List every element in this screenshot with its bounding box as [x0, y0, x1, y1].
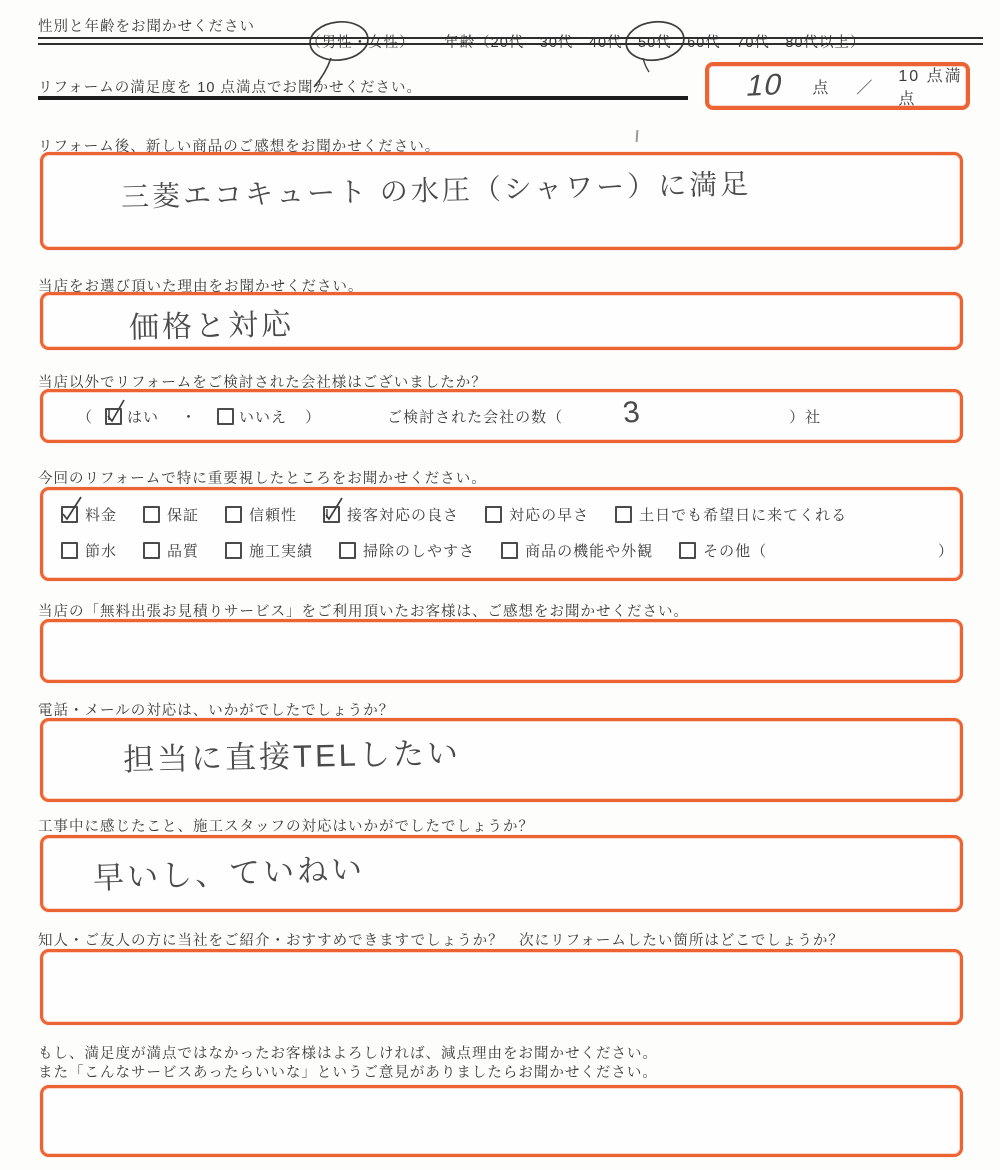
paren-open: （: [77, 406, 93, 427]
paren-close: ）: [305, 406, 321, 427]
scan-artifact: [636, 130, 639, 142]
priority-item[interactable]: 保証: [143, 504, 199, 525]
priority-item[interactable]: 接客対応の良さ: [323, 504, 459, 525]
referral-answer-box[interactable]: [40, 949, 963, 1025]
handwritten-answer: 担当に直接TELしたい: [123, 727, 462, 779]
handwritten-answer: 価格と対応: [129, 299, 295, 346]
checkbox-yes[interactable]: [105, 408, 122, 425]
priority-item[interactable]: 土日でも希望日に来てくれる: [615, 504, 847, 525]
count-label: ご検討された会社の数（: [387, 406, 563, 427]
dot-sep: ・: [181, 406, 197, 427]
checkbox-trust[interactable]: [225, 506, 242, 523]
checkbox-features[interactable]: [501, 542, 518, 559]
referral-question: 知人・ご友人の方に当社をご紹介・おすすめできますでしょうか？ 次にリフォームした…: [38, 929, 844, 950]
priority-item[interactable]: 節水: [61, 540, 117, 561]
checkbox-quality[interactable]: [143, 542, 160, 559]
checkbox-water-saving[interactable]: [61, 542, 78, 559]
feedback-question-line1: もし、満足度が満点ではなかったお客様はよろしければ、減点理由をお聞かせください。: [38, 1042, 658, 1063]
priority-item[interactable]: 掃除のしやすさ: [339, 540, 475, 561]
construction-question: 工事中に感じたこと、施工スタッフの対応はいかがでしたでしょうか？: [38, 815, 534, 836]
feedback-answer-box[interactable]: [40, 1085, 963, 1157]
header-divider: [38, 37, 983, 45]
checkbox-track-record[interactable]: [225, 542, 242, 559]
count-close: ）社: [789, 406, 821, 427]
checkbox-easy-cleaning[interactable]: [339, 542, 356, 559]
check-icon: [321, 494, 347, 524]
handwritten-answer: 早いし、ていねい: [92, 843, 365, 897]
satisfaction-underline: [38, 96, 688, 100]
handwritten-answer: 三菱エコキュート の水圧（シャワー）に満足: [121, 162, 752, 215]
score-box[interactable]: 10 点 ／ 10 点満点: [705, 62, 970, 110]
competitors-answer-box[interactable]: （ はい ・ いいえ ） ご検討された会社の数（ ）社 3: [40, 389, 963, 443]
handwritten-company-count: 3: [621, 395, 644, 431]
priority-item[interactable]: 施工実績: [225, 540, 313, 561]
priorities-answer-box[interactable]: 料金 保証 信頼性 接客対応の良さ 対応の早さ 土日でも希望日に来てくれる 節水…: [40, 487, 963, 581]
other-close-paren: ）: [938, 540, 954, 561]
product-answer-box[interactable]: 三菱エコキュート の水圧（シャワー）に満足: [40, 152, 963, 250]
no-label: いいえ: [239, 406, 287, 427]
priority-item[interactable]: その他（: [679, 540, 767, 561]
checkbox-no[interactable]: [217, 408, 234, 425]
checkbox-fee[interactable]: [61, 506, 78, 523]
estimate-answer-box[interactable]: [40, 619, 963, 683]
contact-answer-box[interactable]: 担当に直接TELしたい: [40, 718, 963, 802]
checkbox-weekend[interactable]: [615, 506, 632, 523]
score-unit: 点: [812, 75, 830, 98]
score-max: 10 点満点: [898, 63, 966, 109]
check-icon: [59, 494, 85, 524]
contact-question: 電話・メールの対応は、いかがでしたでしょうか？: [38, 699, 394, 720]
checkbox-speed[interactable]: [485, 506, 502, 523]
construction-answer-box[interactable]: 早いし、ていねい: [40, 835, 963, 912]
checkbox-warranty[interactable]: [143, 506, 160, 523]
scanned-survey-form: 性別と年齢をお聞かせください （男性・女性） 年齢（20代 30代 40代 50…: [0, 0, 1000, 1170]
check-icon: [103, 396, 129, 426]
checkbox-service[interactable]: [323, 506, 340, 523]
yes-label: はい: [127, 406, 159, 427]
estimate-question: 当店の「無料出張お見積りサービス」をご利用頂いたお客様は、ご感想をお聞かせくださ…: [38, 600, 689, 621]
reason-answer-box[interactable]: 価格と対応: [40, 292, 963, 350]
priority-item[interactable]: 信頼性: [225, 504, 297, 525]
satisfaction-question: リフォームの満足度を 10 点満点でお聞かせください。: [38, 76, 422, 97]
score-slash: ／: [856, 75, 874, 98]
handwritten-score: 10: [743, 68, 785, 104]
priorities-question: 今回のリフォームで特に重要視したところをお聞かせください。: [38, 467, 487, 488]
checkbox-other[interactable]: [679, 542, 696, 559]
feedback-question-line2: また「こんなサービスあったらいいな」というご意見がありましたらお聞かせください。: [38, 1061, 658, 1082]
priority-item[interactable]: 料金: [61, 504, 117, 525]
priority-item[interactable]: 品質: [143, 540, 199, 561]
priority-item[interactable]: 対応の早さ: [485, 504, 589, 525]
gender-age-question: 性別と年齢をお聞かせください: [38, 15, 255, 36]
priority-item[interactable]: 商品の機能や外観: [501, 540, 653, 561]
